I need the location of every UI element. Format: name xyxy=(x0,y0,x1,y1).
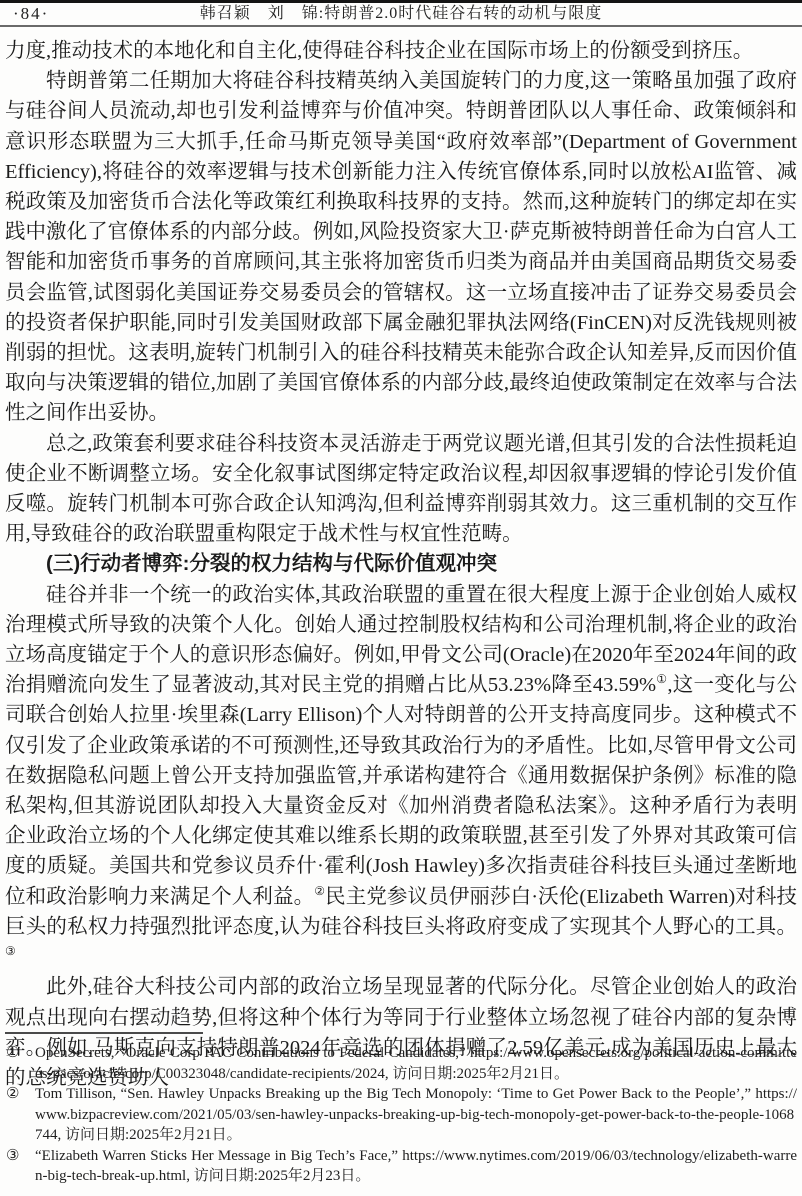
running-title: 韩召颖 刘 锦:特朗普2.0时代硅谷右转的动机与限度 xyxy=(200,5,602,22)
text-run: 总之,政策套利要求硅谷科技资本灵活游走于两党议题光谱,但其引发的合法性损耗迫使企… xyxy=(5,433,797,546)
text-run: ,这一变化与公司联合创始人拉里·埃里森(Larry Ellison)个人对特朗普… xyxy=(5,674,797,907)
page-header: ·84· 韩召颖 刘 锦:特朗普2.0时代硅谷右转的动机与限度 xyxy=(0,3,802,24)
footnote-item: ③“Elizabeth Warren Sticks Her Message in… xyxy=(5,1146,797,1187)
footnote-ref: ② xyxy=(314,884,325,898)
footnote-marker: ③ xyxy=(6,1146,19,1167)
footnote-item: ②Tom Tillison, “Sen. Hawley Unpacks Brea… xyxy=(5,1084,797,1146)
footnote-area: ①OpenSecrets, “Oracle Corp PAC Contribut… xyxy=(5,1032,797,1187)
footnote-text: Tom Tillison, “Sen. Hawley Unpacks Break… xyxy=(35,1086,797,1143)
footnote-text: “Elizabeth Warren Sticks Her Message in … xyxy=(35,1148,797,1185)
header-rule xyxy=(0,25,802,27)
section-heading: (三)行动者博弈:分裂的权力结构与代际价值观冲突 xyxy=(5,549,797,579)
footnote-ref: ① xyxy=(656,672,667,686)
body-paragraph: 总之,政策套利要求硅谷科技资本灵活游走于两党议题光谱,但其引发的合法性损耗迫使企… xyxy=(5,429,797,550)
body-text: 力度,推动技术的本地化和自主化,使得硅谷科技企业在国际市场上的份额受到挤压。特朗… xyxy=(5,36,797,1093)
footnote-text: OpenSecrets, “Oracle Corp PAC Contributi… xyxy=(35,1045,797,1082)
footnote-item: ①OpenSecrets, “Oracle Corp PAC Contribut… xyxy=(5,1043,797,1084)
body-paragraph: 特朗普第二任期加大将硅谷科技精英纳入美国旋转门的力度,这一策略虽加强了政府与硅谷… xyxy=(5,66,797,428)
text-run: 力度,推动技术的本地化和自主化,使得硅谷科技企业在国际市场上的份额受到挤压。 xyxy=(5,40,753,62)
footnote-ref: ③ xyxy=(5,944,16,958)
footnote-list: ①OpenSecrets, “Oracle Corp PAC Contribut… xyxy=(5,1043,797,1187)
footnote-marker: ② xyxy=(6,1084,19,1105)
body-paragraph: 力度,推动技术的本地化和自主化,使得硅谷科技企业在国际市场上的份额受到挤压。 xyxy=(5,36,797,66)
page-number: ·84· xyxy=(13,3,49,24)
footnote-separator xyxy=(5,1032,203,1034)
text-run: 特朗普第二任期加大将硅谷科技精英纳入美国旋转门的力度,这一策略虽加强了政府与硅谷… xyxy=(5,70,797,424)
footnote-marker: ① xyxy=(6,1043,19,1064)
text-run: (三)行动者博弈:分裂的权力结构与代际价值观冲突 xyxy=(46,552,497,575)
body-paragraph: 硅谷并非一个统一的政治实体,其政治联盟的重置在很大程度上源于企业创始人威权治理模… xyxy=(5,580,797,973)
journal-page: ·84· 韩召颖 刘 锦:特朗普2.0时代硅谷右转的动机与限度 力度,推动技术的… xyxy=(0,0,802,1196)
